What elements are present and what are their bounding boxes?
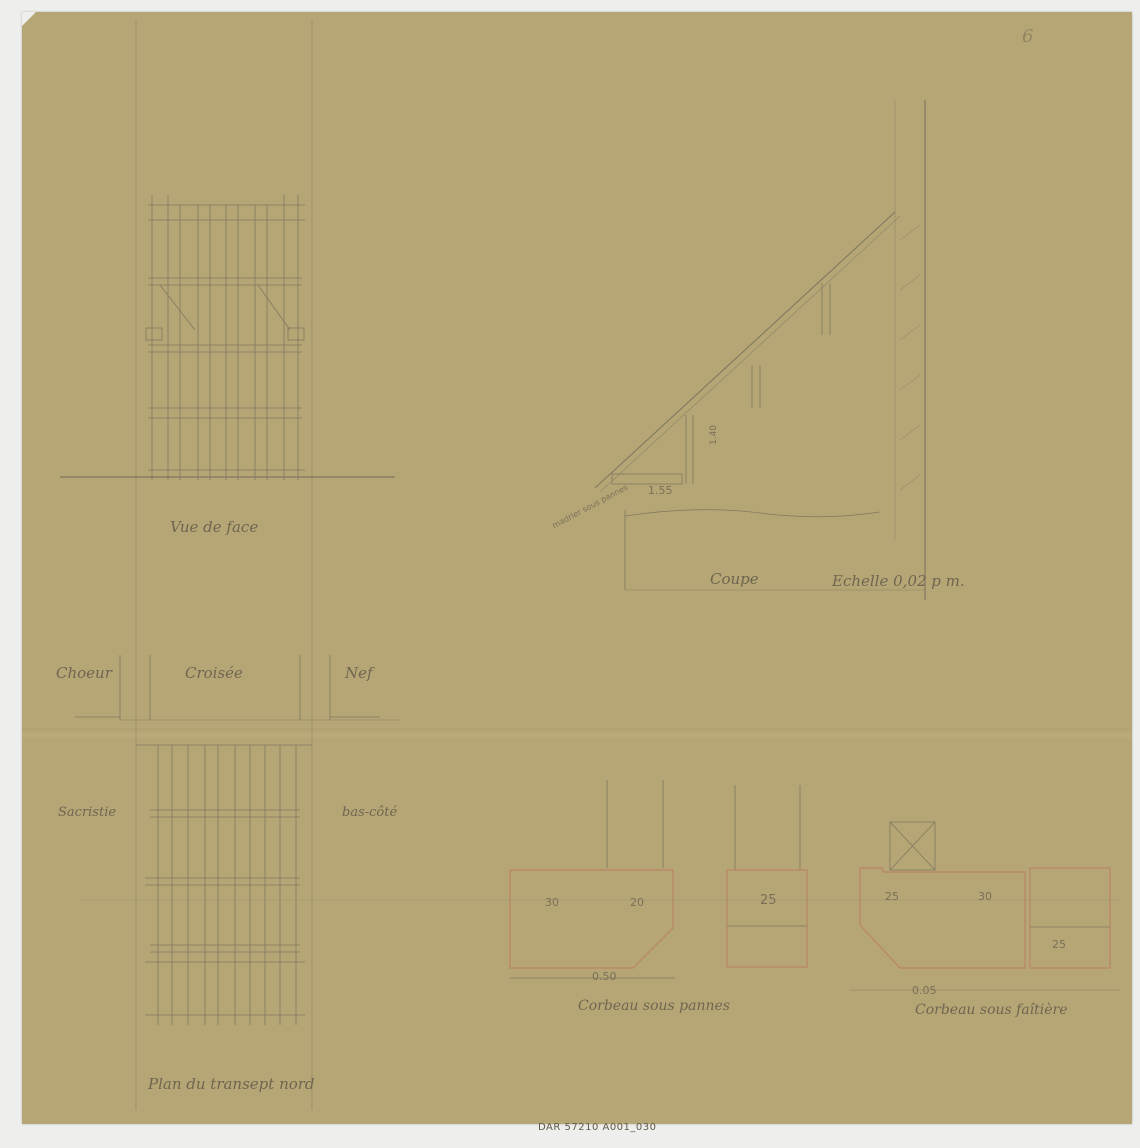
- dim-20: 20: [630, 896, 644, 909]
- front-view-title: Vue de face: [170, 518, 258, 536]
- drawing-linework: [0, 0, 1140, 1148]
- dim-0-50: 0.50: [592, 970, 617, 983]
- archive-code: DAR 57210 A001_030: [538, 1122, 657, 1133]
- plan-header-nef: Nef: [345, 664, 373, 682]
- transept-plan-drawing: [136, 745, 312, 1025]
- dim-0-05: 0.05: [912, 984, 937, 997]
- corbeau-faitiere-drawing: [850, 822, 1120, 990]
- dim-1-40: 1.40: [709, 425, 719, 445]
- dim-25-b: 25: [885, 890, 899, 903]
- front-view-drawing: [146, 195, 305, 480]
- dim-1-55: 1.55: [648, 484, 673, 497]
- plan-side-sacristie: Sacristie: [58, 805, 116, 820]
- section-drawing: [595, 212, 925, 590]
- section-scale: Echelle 0,02 p m.: [832, 572, 965, 590]
- plan-title: Plan du transept nord: [148, 1075, 315, 1093]
- plan-side-bas-cote: bas-côté: [342, 805, 397, 820]
- corbeau-faitiere-title: Corbeau sous faîtière: [915, 1002, 1068, 1018]
- dim-25-c: 25: [1052, 938, 1066, 951]
- corbeau-pannes-title: Corbeau sous pannes: [578, 998, 730, 1014]
- section-title: Coupe: [710, 570, 759, 588]
- dim-25: 25: [760, 893, 777, 908]
- sheet-number: 6: [1022, 26, 1033, 47]
- plan-header-croisee: Croisée: [185, 664, 243, 682]
- dim-30-b: 30: [978, 890, 992, 903]
- dim-30: 30: [545, 896, 559, 909]
- corbeau-pannes-drawing: [510, 780, 800, 978]
- plan-header-choeur: Choeur: [56, 664, 112, 682]
